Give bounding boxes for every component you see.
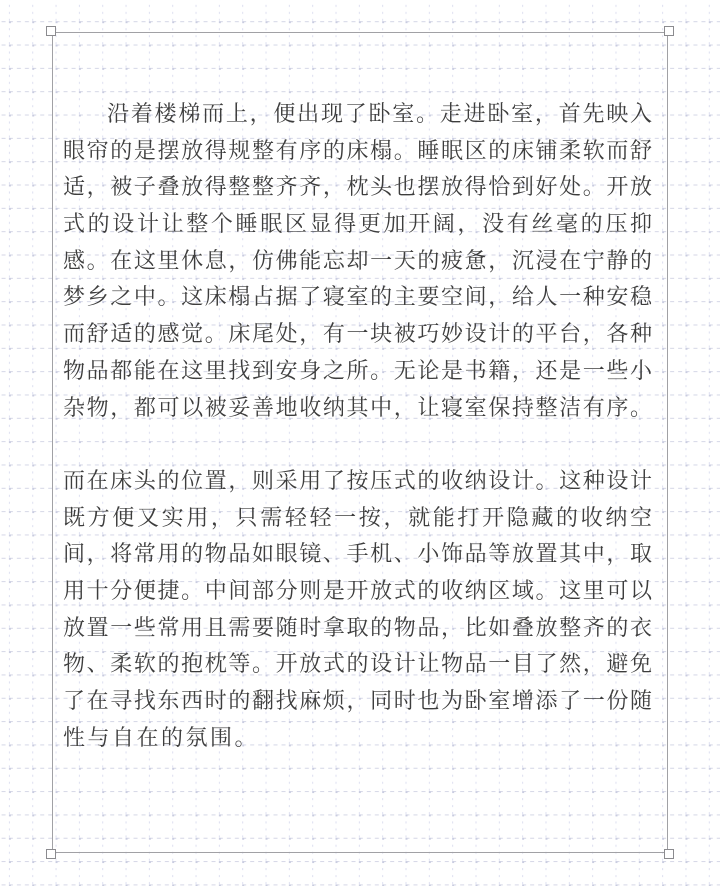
paragraph: 沿着楼梯而上，便出现了卧室。走进卧室，首先映入眼帘的是摆放得规整有序的床榻。睡眠… — [63, 96, 652, 426]
text-line: 式的设计让整个睡眠区显得更加开阔，没有丝毫的压抑 — [63, 206, 652, 243]
text-line: 间，将常用的物品如眼镜、手机、小饰品等放置其中，取 — [63, 536, 652, 573]
text-line: 用十分便捷。中间部分则是开放式的收纳区域。这里可以 — [63, 573, 652, 610]
editor-canvas: 沿着楼梯而上，便出现了卧室。走进卧室，首先映入眼帘的是摆放得规整有序的床榻。睡眠… — [0, 0, 720, 886]
text-line: 而在床头的位置，则采用了按压式的收纳设计。这种设计 — [63, 463, 652, 500]
text-line: 沿着楼梯而上，便出现了卧室。走进卧室，首先映入 — [63, 96, 652, 133]
text-box-content[interactable]: 沿着楼梯而上，便出现了卧室。走进卧室，首先映入眼帘的是摆放得规整有序的床榻。睡眠… — [63, 96, 652, 756]
text-line: 梦乡之中。这床榻占据了寝室的主要空间，给人一种安稳 — [63, 279, 652, 316]
resize-handle-bottom-left[interactable] — [46, 849, 56, 859]
text-line: 适，被子叠放得整整齐齐，枕头也摆放得恰到好处。开放 — [63, 169, 652, 206]
text-line: 放置一些常用且需要随时拿取的物品，比如叠放整齐的衣 — [63, 610, 652, 647]
resize-handle-bottom-right[interactable] — [664, 849, 674, 859]
text-line: 性与自在的氛围。 — [63, 720, 652, 757]
text-line: 杂物，都可以被妥善地收纳其中，让寝室保持整洁有序。 — [63, 390, 652, 427]
resize-handle-top-left[interactable] — [46, 26, 56, 36]
paragraph: 而在床头的位置，则采用了按压式的收纳设计。这种设计既方便又实用，只需轻轻一按，就… — [63, 463, 652, 757]
text-line: 物、柔软的抱枕等。开放式的设计让物品一目了然，避免 — [63, 646, 652, 683]
text-line: 而舒适的感觉。床尾处，有一块被巧妙设计的平台，各种 — [63, 316, 652, 353]
text-line: 了在寻找东西时的翻找麻烦，同时也为卧室增添了一份随 — [63, 683, 652, 720]
resize-handle-top-right[interactable] — [664, 26, 674, 36]
text-line: 感。在这里休息，仿佛能忘却一天的疲惫，沉浸在宁静的 — [63, 243, 652, 280]
text-line: 既方便又实用，只需轻轻一按，就能打开隐藏的收纳空 — [63, 500, 652, 537]
text-line: 物品都能在这里找到安身之所。无论是书籍，还是一些小 — [63, 353, 652, 390]
text-line: 眼帘的是摆放得规整有序的床榻。睡眠区的床铺柔软而舒 — [63, 133, 652, 170]
